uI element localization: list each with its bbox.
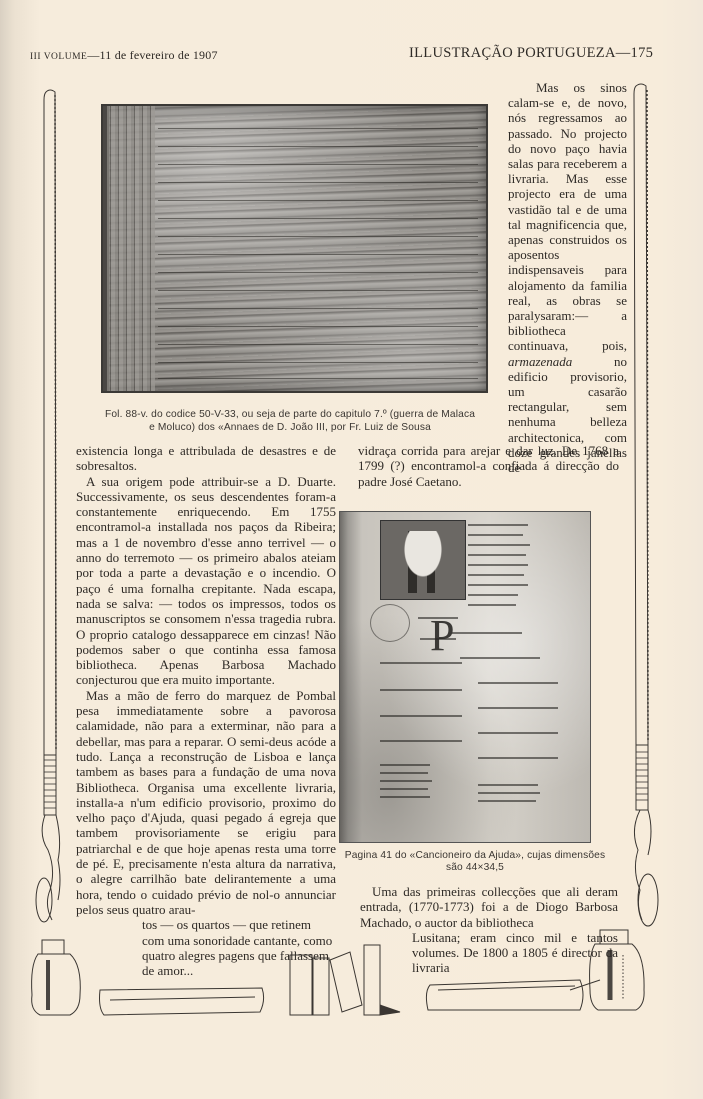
running-header-right: ILLUSTRAÇÃO PORTUGUEZA—175 <box>409 45 653 62</box>
paragraph-text: vidraça corrida para arejar e dar luz. D… <box>358 443 619 489</box>
illuminated-miniature <box>380 520 466 600</box>
running-header-left: III VOLUME—11 de fevereiro de 1907 <box>30 48 218 63</box>
left-inkwell-icon <box>32 878 81 1015</box>
volume-label: III VOLUME <box>30 52 87 62</box>
publication-title: ILLUSTRAÇÃO PORTUGUEZA <box>409 45 616 61</box>
paragraph-text: Mas os sinos calam-se e, de novo, nós re… <box>508 80 627 353</box>
page-number: —175 <box>616 45 653 61</box>
manuscript-caption: Fol. 88-v. do codice 50-V-33, ou seja de… <box>80 409 500 434</box>
cancioneiro-caption: Pagina 41 do «Cancioneiro da Ajuda», cuj… <box>320 850 630 873</box>
issue-date: —11 de fevereiro de 1907 <box>87 48 217 62</box>
right-quill-icon <box>634 84 648 745</box>
caption-line: Pagina 41 do «Cancioneiro da Ajuda», cuj… <box>320 850 630 862</box>
article-column-left: existencia longa e attribulada de desast… <box>76 443 336 978</box>
cancioneiro-photo: P <box>339 511 591 843</box>
italic-word: armazenada <box>508 354 572 369</box>
article-column-right-top: Mas os sinos calam-se e, de novo, nós re… <box>508 80 627 475</box>
magazine-page: III VOLUME—11 de fevereiro de 1907 ILLUS… <box>0 0 703 1099</box>
paragraph-text: existencia longa e attribulada de desast… <box>76 443 336 474</box>
caption-line: e Moluco) dos «Annaes de D. João III, po… <box>80 422 500 435</box>
paragraph-text: A sua origem pode attribuir-se a D. Duar… <box>76 474 336 688</box>
paragraph-text: Lusitana; eram cinco mil e tantos volume… <box>412 930 618 976</box>
paragraph-text: Uma das primeiras collecções que ali der… <box>360 884 618 930</box>
left-quill-icon <box>44 90 56 755</box>
article-continuation: vidraça corrida para arejar e dar luz. D… <box>358 443 619 489</box>
paragraph-text: Mas a mão de ferro do marquez de Pombal … <box>76 688 336 917</box>
caption-line: Fol. 88-v. do codice 50-V-33, ou seja de… <box>80 409 500 422</box>
caption-line: são 44×34,5 <box>320 862 630 874</box>
paragraph-text: tos — os quartos — que retinem com uma s… <box>142 917 336 978</box>
article-column-bottom-right: Uma das primeiras collecções que ali der… <box>360 884 618 976</box>
manuscript-photo <box>101 104 488 393</box>
